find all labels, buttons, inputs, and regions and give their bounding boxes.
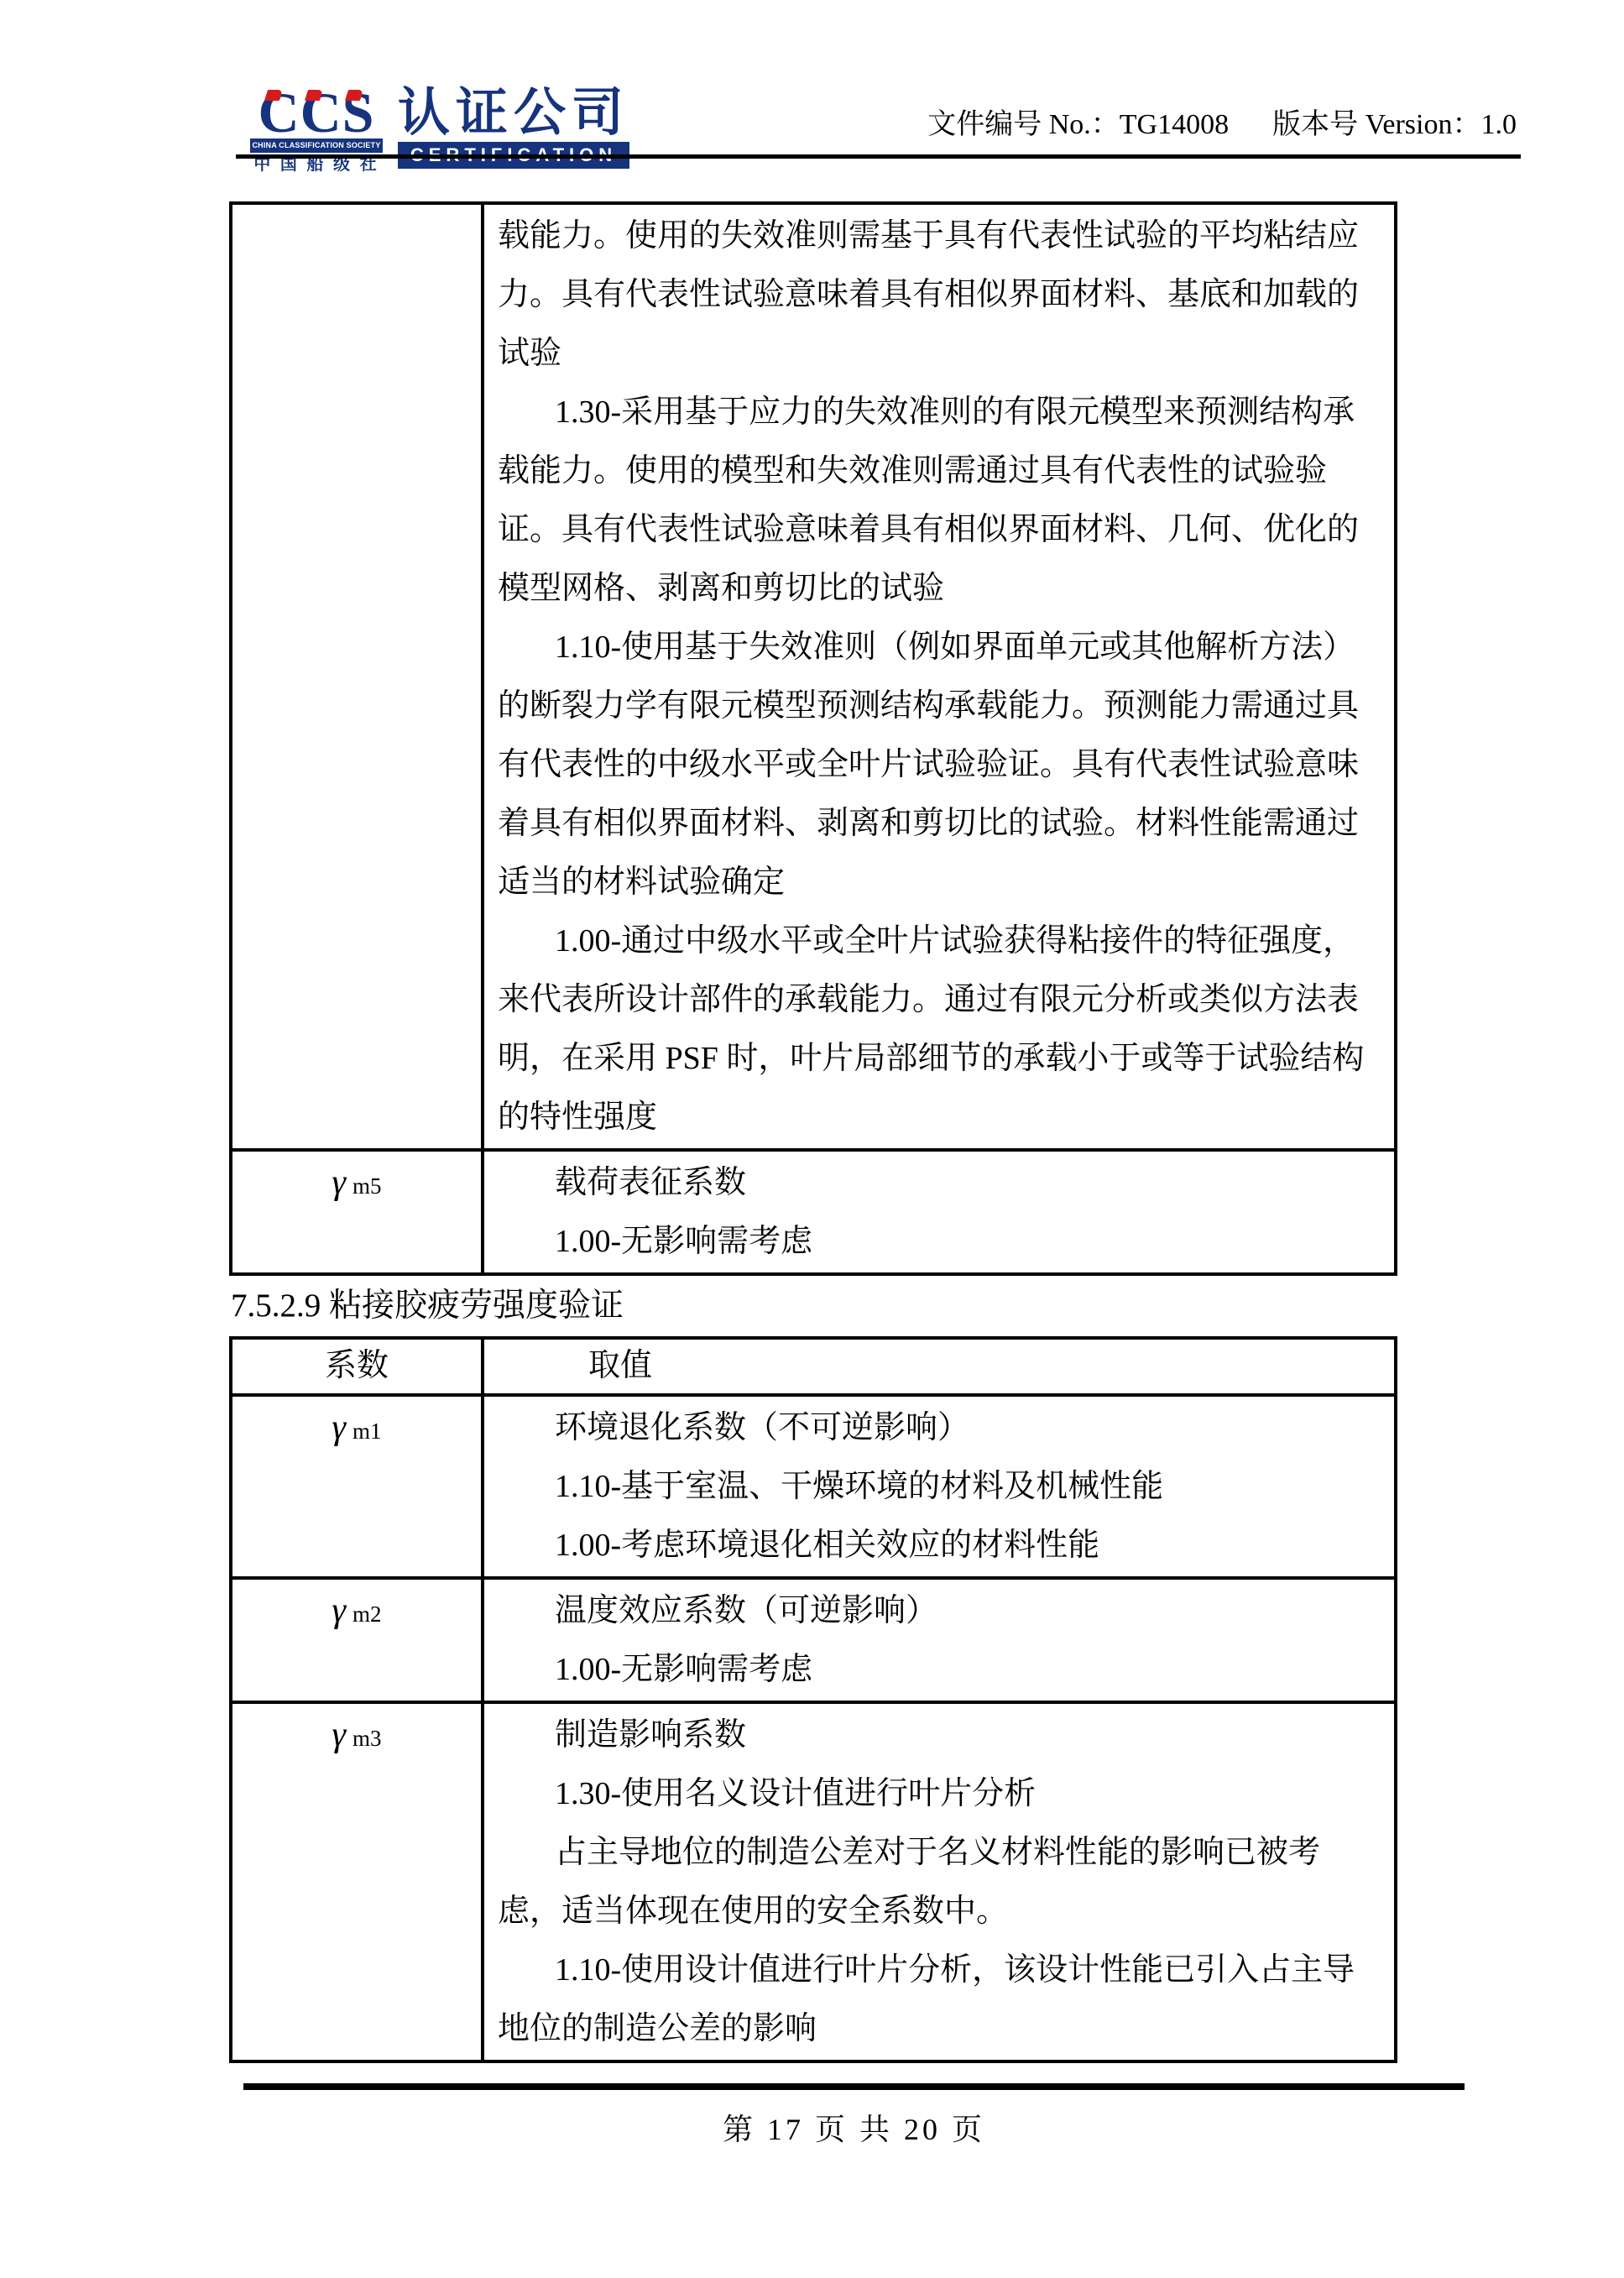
paragraph: 1.30-使用名义设计值进行叶片分析 (498, 1764, 1366, 1823)
adhesive-fatigue-table: 系数 取值 γm1 环境退化系数（不可逆影响） 1.10-基于室温、干燥环境的材… (229, 1336, 1397, 2063)
paragraph: 1.10-使用设计值进行叶片分析，该设计性能已引入占主导地位的制造公差的影响 (498, 1941, 1366, 2058)
paragraph: 载能力。使用的失效准则需基于具有代表性试验的平均粘结应力。具有代表性试验意味着具… (498, 206, 1366, 383)
paragraph: 占主导地位的制造公差对于名义材料性能的影响已被考虑，适当体现在使用的安全系数中。 (498, 1823, 1366, 1941)
table-row: γm3 制造影响系数 1.30-使用名义设计值进行叶片分析 占主导地位的制造公差… (232, 1701, 1394, 2060)
header-info: 文件编号 No.：TG14008 版本号 Version：1.0 (927, 107, 1517, 143)
coefficient-cell: γm1 (232, 1397, 484, 1576)
coefficient-cell: γm5 (232, 1152, 484, 1272)
paragraph: 1.10-基于室温、干燥环境的材料及机械性能 (498, 1457, 1366, 1516)
table-row: 载能力。使用的失效准则需基于具有代表性试验的平均粘结应力。具有代表性试验意味着具… (232, 205, 1394, 1148)
table-header-row: 系数 取值 (232, 1340, 1394, 1393)
paragraph: 1.00-无影响需考虑 (498, 1640, 1366, 1699)
table-row: γm2 温度效应系数（可逆影响） 1.00-无影响需考虑 (232, 1576, 1394, 1701)
ccs-wordmark-wrap: CCS (258, 89, 374, 136)
gamma-symbol: γ (332, 1408, 346, 1447)
document-content: 载能力。使用的失效准则需基于具有代表性试验的平均粘结应力。具有代表性试验意味着具… (229, 201, 1397, 2063)
value-cell: 载能力。使用的失效准则需基于具有代表性试验的平均粘结应力。具有代表性试验意味着具… (484, 205, 1394, 1148)
gamma-subscript: m1 (352, 1419, 382, 1444)
value-cell: 制造影响系数 1.30-使用名义设计值进行叶片分析 占主导地位的制造公差对于名义… (484, 1704, 1394, 2060)
paragraph: 温度效应系数（可逆影响） (498, 1581, 1366, 1640)
document-page: CCS CHINA CLASSIFICATION SOCIETY 中 国 船 级… (0, 0, 1624, 2278)
page-number: 第 17 页 共 20 页 (243, 2108, 1465, 2150)
section-heading: 7.5.2.9 粘接胶疲劳强度验证 (231, 1283, 1397, 1330)
paragraph: 载荷表征系数 (498, 1153, 1366, 1212)
brand-name-cn: 认证公司 (398, 89, 629, 138)
column-header-value: 取值 (484, 1340, 1394, 1393)
header-rule (236, 154, 1521, 159)
gamma-subscript: m2 (352, 1601, 382, 1627)
paragraph: 环境退化系数（不可逆影响） (498, 1398, 1366, 1457)
gamma-symbol: γ (332, 1716, 346, 1754)
value-cell: 温度效应系数（可逆影响） 1.00-无影响需考虑 (484, 1580, 1394, 1701)
ccs-logo-left: CCS CHINA CLASSIFICATION SOCIETY 中 国 船 级… (250, 89, 383, 175)
doc-number: 文件编号 No.：TG14008 (927, 107, 1229, 143)
table-row: γm5 载荷表征系数 1.00-无影响需考虑 (232, 1148, 1394, 1272)
coefficient-cell: γm2 (232, 1580, 484, 1701)
doc-version: 版本号 Version：1.0 (1272, 107, 1517, 143)
footer-rule (243, 2083, 1465, 2090)
value-cell: 载荷表征系数 1.00-无影响需考虑 (484, 1152, 1394, 1272)
value-cell: 环境退化系数（不可逆影响） 1.10-基于室温、干燥环境的材料及机械性能 1.0… (484, 1397, 1394, 1576)
paragraph: 1.10-使用基于失效准则（例如界面单元或其他解析方法）的断裂力学有限元模型预测… (498, 618, 1366, 912)
paragraph: 1.00-考虑环境退化相关效应的材料性能 (498, 1516, 1366, 1575)
coefficient-cell: γm3 (232, 1704, 484, 2060)
gamma-symbol: γ (332, 1591, 346, 1630)
psf-static-strength-table: 载能力。使用的失效准则需基于具有代表性试验的平均粘结应力。具有代表性试验意味着具… (229, 201, 1397, 1276)
paragraph: 1.00-无影响需考虑 (498, 1212, 1366, 1271)
gamma-subscript: m5 (352, 1173, 382, 1199)
column-header-coefficient: 系数 (232, 1340, 484, 1393)
paragraph: 1.00-通过中级水平或全叶片试验获得粘接件的特征强度，来代表所设计部件的承载能… (498, 912, 1366, 1147)
gamma-symbol: γ (332, 1163, 346, 1202)
table-row: γm1 环境退化系数（不可逆影响） 1.10-基于室温、干燥环境的材料及机械性能… (232, 1393, 1394, 1576)
paragraph: 制造影响系数 (498, 1706, 1366, 1764)
gamma-subscript: m3 (352, 1726, 382, 1751)
ccs-logo: CCS CHINA CLASSIFICATION SOCIETY 中 国 船 级… (250, 89, 629, 175)
paragraph: 1.30-采用基于应力的失效准则的有限元模型来预测结构承载能力。使用的模型和失效… (498, 383, 1366, 618)
coefficient-cell (232, 205, 484, 1148)
